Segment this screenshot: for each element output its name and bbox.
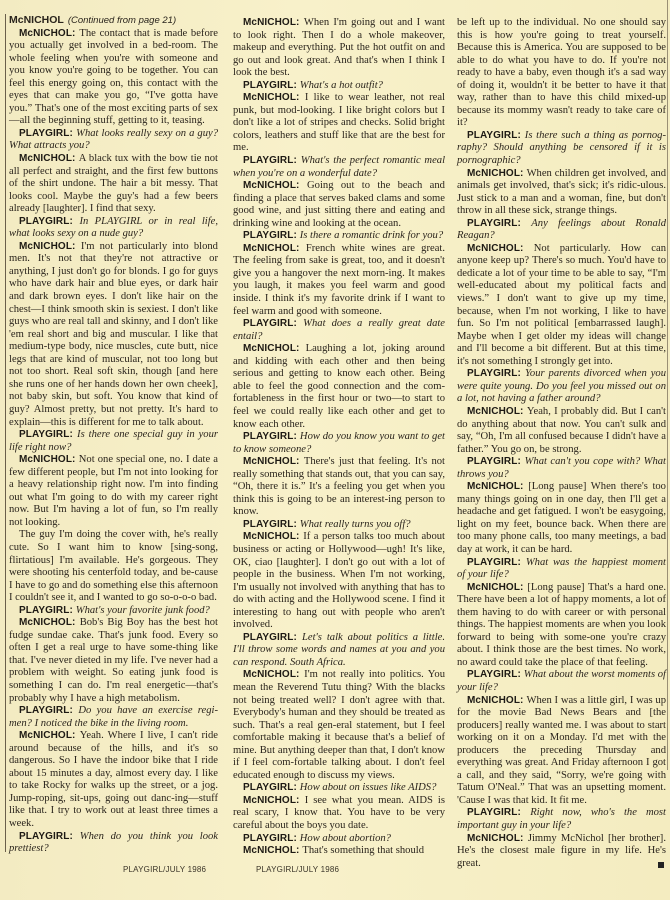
interviewee-label: McNICHOL: — [19, 730, 80, 741]
interviewer-label: PLAYGIRL: — [467, 218, 531, 229]
question-paragraph: PLAYGIRL: How about on issues like AIDS? — [233, 782, 445, 795]
question-paragraph: PLAYGIRL: In PLAYGIRL or in real life, w… — [9, 216, 218, 241]
paragraph-text: Laughing a lot, joking around and kiddin… — [233, 343, 445, 429]
paragraph-text: Yeah. Where I live, I can't ride around … — [9, 730, 218, 829]
answer-paragraph: McNICHOL: Yeah, I probably did. But I ca… — [457, 406, 666, 456]
paragraph-text: How about abortion? — [300, 833, 391, 844]
interviewee-label: McNICHOL: — [19, 241, 81, 252]
paragraph-text: [Long pause] When there's too many thing… — [457, 481, 666, 555]
question-paragraph: PLAYGIRL: What about the worst moments o… — [457, 669, 666, 694]
interviewee-label: McNICHOL: — [243, 795, 305, 806]
question-paragraph: PLAYGIRL: Your parents divorced when you… — [457, 368, 666, 406]
paragraph-text: I'm not particularly into blond men. It'… — [9, 241, 218, 428]
interviewee-label: McNICHOL: — [19, 454, 79, 465]
question-paragraph: PLAYGIRL: Is there such a thing as porno… — [457, 130, 666, 168]
interviewee-label: McNICHOL: — [19, 153, 79, 164]
interviewee-label: McNICHOL: — [467, 481, 528, 492]
interviewee-label: McNICHOL: — [467, 243, 534, 254]
interviewee-label: McNICHOL: — [243, 845, 302, 856]
interviewer-label: PLAYGIRL: — [467, 669, 524, 680]
answer-paragraph: McNICHOL: When children get involved, an… — [457, 168, 666, 218]
column-3: be left up to the individual. No one sho… — [457, 17, 666, 870]
interviewee-label: McNICHOL: — [467, 582, 527, 593]
answer-paragraph: McNICHOL: That's something that should — [233, 845, 445, 858]
paragraph-text: What's your favorite junk food? — [76, 605, 210, 616]
answer-paragraph: McNICHOL: Not one special one, no. I dat… — [9, 454, 218, 529]
paragraph-text: When I was a little girl, I was up for t… — [457, 695, 666, 806]
paragraph-text: If a person talks too much about busines… — [233, 531, 445, 630]
question-paragraph: PLAYGIRL: When do you think you look pre… — [9, 831, 218, 856]
question-paragraph: PLAYGIRL: Is there a romantic drink for … — [233, 230, 445, 243]
interviewee-label: McNICHOL: — [243, 243, 306, 254]
interviewee-label: McNICHOL: — [467, 695, 526, 706]
question-paragraph: PLAYGIRL: Do you have an exercise regi-m… — [9, 705, 218, 730]
interviewee-label: McNICHOL: — [243, 531, 303, 542]
interviewer-label: PLAYGIRL: — [467, 130, 525, 141]
question-paragraph: PLAYGIRL: What really turns you off? — [233, 519, 445, 532]
interviewer-label: PLAYGIRL: — [19, 705, 78, 716]
question-paragraph: PLAYGIRL: Let's talk about politics a li… — [233, 632, 445, 670]
interviewee-label: McNICHOL: — [467, 406, 527, 417]
paragraph-text: What's a hot outfit? — [300, 80, 383, 91]
interviewee-label: McNICHOL: — [243, 180, 307, 191]
paragraph-text: be left up to the individual. No one sho… — [457, 17, 666, 128]
column-2-body: McNICHOL: When I'm going out and I want … — [233, 17, 445, 858]
answer-paragraph: McNICHOL: I'm not particularly into blon… — [9, 241, 218, 429]
interviewer-label: PLAYGIRL: — [243, 431, 300, 442]
interviewee-label: McNICHOL: — [243, 456, 304, 467]
question-paragraph: PLAYGIRL: What can't you cope with? What… — [457, 456, 666, 481]
interviewer-label: PLAYGIRL: — [19, 128, 76, 139]
interviewer-label: PLAYGIRL: — [467, 557, 526, 568]
answer-paragraph: McNICHOL: Not particularly. How can anyo… — [457, 243, 666, 368]
question-paragraph: PLAYGIRL: How about abortion? — [233, 833, 445, 846]
interviewer-label: PLAYGIRL: — [467, 456, 525, 467]
interviewee-label: McNICHOL: — [19, 28, 79, 39]
answer-paragraph: McNICHOL: If a person talks too much abo… — [233, 531, 445, 631]
end-mark-icon — [658, 862, 664, 868]
question-paragraph: PLAYGIRL: What does a really great date … — [233, 318, 445, 343]
interviewer-label: PLAYGIRL: — [243, 782, 300, 793]
paragraph-text: I'm not really into politics. You mean t… — [233, 669, 445, 780]
interviewer-label: PLAYGIRL: — [19, 216, 79, 227]
interviewer-label: PLAYGIRL: — [19, 831, 80, 842]
answer-paragraph: McNICHOL: Jimmy McNichol [her brother]. … — [457, 833, 666, 871]
question-paragraph: PLAYGIRL: Any feelings about Ronald Reag… — [457, 218, 666, 243]
continued-note: (Continued from page 21) — [68, 15, 176, 26]
column-1: McNICHOL(Continued from page 21) McNICHO… — [9, 14, 218, 856]
article-header: McNICHOL(Continued from page 21) — [9, 14, 218, 28]
page-edge-rule — [667, 0, 668, 770]
paragraph-text: Not particularly. How can anyone keep up… — [457, 243, 666, 367]
paragraph-text: What really turns you off? — [300, 519, 411, 530]
column-rule — [5, 14, 6, 852]
answer-paragraph: McNICHOL: French white wines are great. … — [233, 243, 445, 318]
question-paragraph: PLAYGIRL: What's your favorite junk food… — [9, 605, 218, 618]
interviewer-label: PLAYGIRL: — [243, 519, 300, 530]
answer-paragraph: be left up to the individual. No one sho… — [457, 17, 666, 130]
answer-paragraph: McNICHOL: Yeah. Where I live, I can't ri… — [9, 730, 218, 830]
answer-paragraph: McNICHOL: I like to wear leather, not re… — [233, 92, 445, 155]
question-paragraph: PLAYGIRL: What was the happiest moment o… — [457, 557, 666, 582]
answer-paragraph: McNICHOL: Laughing a lot, joking around … — [233, 343, 445, 431]
interviewer-label: PLAYGIRL: — [243, 155, 301, 166]
paragraph-text: Not one special one, no. I date a few di… — [9, 454, 218, 528]
interviewer-label: PLAYGIRL: — [243, 230, 300, 241]
answer-paragraph: McNICHOL: [Long pause] That's a hard one… — [457, 582, 666, 670]
paragraph-text: The guy I'm doing the cover with, he's r… — [9, 529, 218, 603]
interviewee-label: McNICHOL: — [467, 168, 527, 179]
interviewer-label: PLAYGIRL: — [243, 318, 303, 329]
question-paragraph: PLAYGIRL: Right now, who's the most impo… — [457, 807, 666, 832]
question-paragraph: PLAYGIRL: What's the perfect romantic me… — [233, 155, 445, 180]
answer-paragraph: McNICHOL: When I was a little girl, I wa… — [457, 695, 666, 808]
answer-paragraph: McNICHOL: Going out to the beach and fin… — [233, 180, 445, 230]
question-paragraph: PLAYGIRL: Is there one special guy in yo… — [9, 429, 218, 454]
interviewer-label: PLAYGIRL: — [243, 833, 300, 844]
paragraph-text: The contact that is made before you actu… — [9, 28, 218, 127]
interviewee-label: McNICHOL: — [243, 343, 306, 354]
answer-paragraph: The guy I'm doing the cover with, he's r… — [9, 529, 218, 604]
question-paragraph: PLAYGIRL: What looks really sexy on a gu… — [9, 128, 218, 153]
interviewer-label: PLAYGIRL: — [19, 605, 76, 616]
answer-paragraph: McNICHOL: I see what you mean. AIDS is r… — [233, 795, 445, 833]
column-2: McNICHOL: When I'm going out and I want … — [233, 17, 445, 858]
answer-paragraph: McNICHOL: A black tux with the bow tie n… — [9, 153, 218, 216]
answer-paragraph: McNICHOL: There's just that feeling. It'… — [233, 456, 445, 519]
interviewer-label: PLAYGIRL: — [243, 80, 300, 91]
paragraph-text: That's something that should — [302, 845, 424, 856]
paragraph-text: [Long pause] That's a hard one. There ha… — [457, 582, 666, 668]
interviewee-label: McNICHOL: — [243, 669, 304, 680]
question-paragraph: PLAYGIRL: What's a hot outfit? — [233, 80, 445, 93]
interviewee-label: McNICHOL: — [243, 92, 305, 103]
paragraph-text: How about on issues like AIDS? — [300, 782, 437, 793]
answer-paragraph: McNICHOL: The contact that is made befor… — [9, 28, 218, 128]
interviewee-label: McNICHOL: — [19, 617, 80, 628]
magazine-page: McNICHOL(Continued from page 21) McNICHO… — [0, 0, 670, 900]
folio-left: PLAYGIRL/JULY 1986 — [123, 865, 206, 874]
interviewee-label: McNICHOL: — [243, 17, 304, 28]
answer-paragraph: McNICHOL: [Long pause] When there's too … — [457, 481, 666, 556]
question-paragraph: PLAYGIRL: How do you know you want to ge… — [233, 431, 445, 456]
paragraph-text: Bob's Big Boy has the best hot fudge sun… — [9, 617, 218, 703]
article-name: McNICHOL — [9, 14, 64, 26]
interviewer-label: PLAYGIRL: — [243, 632, 302, 643]
answer-paragraph: McNICHOL: Bob's Big Boy has the best hot… — [9, 617, 218, 705]
interviewer-label: PLAYGIRL: — [467, 368, 525, 379]
paragraph-text: Is there a romantic drink for you? — [300, 230, 443, 241]
interviewee-label: McNICHOL: — [467, 833, 528, 844]
answer-paragraph: McNICHOL: I'm not really into politics. … — [233, 669, 445, 782]
column-1-body: McNICHOL: The contact that is made befor… — [9, 28, 218, 856]
interviewer-label: PLAYGIRL: — [467, 807, 530, 818]
folio-right: PLAYGIRL/JULY 1986 — [256, 865, 339, 874]
column-3-body: be left up to the individual. No one sho… — [457, 17, 666, 870]
answer-paragraph: McNICHOL: When I'm going out and I want … — [233, 17, 445, 80]
interviewer-label: PLAYGIRL: — [19, 429, 77, 440]
